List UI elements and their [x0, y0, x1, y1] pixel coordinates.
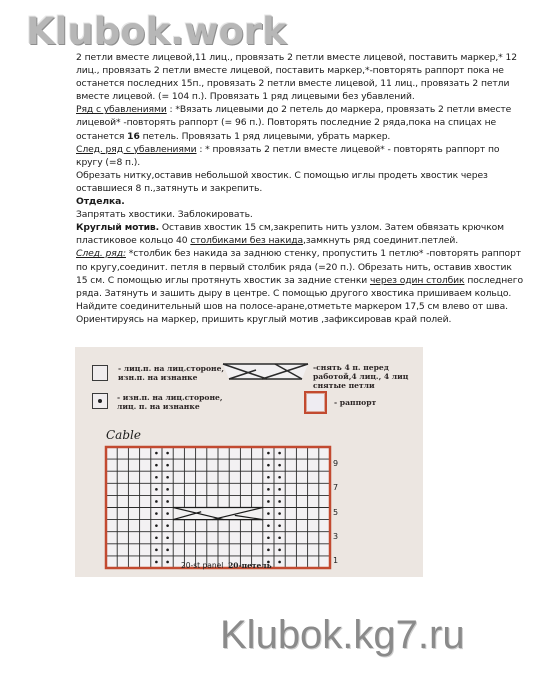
pattern-instructions: 2 петли вместе лицевой,11 лиц., провязат… — [76, 51, 526, 326]
label-decrease-row: Ряд с убавлениями — [76, 104, 167, 115]
paragraph-decrease-setup: 2 петли вместе лицевой,11 лиц., провязат… — [76, 51, 526, 103]
legend-knit-text: - лиц.п. на лиц.стороне, изн.п. на изнан… — [118, 364, 224, 382]
row-label: 3 — [333, 532, 338, 541]
chart-caption: 20-st panel 20-петель — [181, 561, 272, 570]
paragraph-sew-motif: Ориентируясь на маркер, пришить круглый … — [76, 313, 526, 326]
row-label: 7 — [333, 483, 338, 492]
knit-stitch-symbol-icon — [92, 365, 108, 381]
row-label: 9 — [333, 459, 338, 468]
heading-round-motif: Круглый мотив. — [76, 222, 159, 233]
cable-cross-symbol-icon — [222, 362, 310, 381]
legend-cable-text: -снять 4 п. перед работой,4 лиц., 4 лиц … — [313, 363, 408, 390]
chart-title: Cable — [106, 428, 141, 442]
purl-stitch-symbol-icon — [92, 393, 108, 409]
paragraph-decrease-row: Ряд с убавлениями : *Вязать лицевыми до … — [76, 103, 526, 142]
row-label: 1 — [333, 556, 338, 565]
row-label: 5 — [333, 508, 338, 517]
legend-rapport-text: - раппорт — [334, 398, 376, 407]
paragraph-next-row: След. ряд: *столбик без накида за заднюю… — [76, 247, 526, 299]
label-next-decrease-row: След. ряд с убавлениями — [76, 144, 197, 155]
paragraph-round-motif: Круглый мотив. Оставив хвостик 15 см,зак… — [76, 221, 526, 247]
cable-chart-grid — [104, 445, 332, 570]
watermark-top-logo: Klubok.work — [26, 12, 287, 52]
label-next-row: След. ряд: — [76, 248, 126, 259]
legend-purl-text: - изн.п. на лиц.стороне, лиц. п. на изна… — [117, 393, 223, 411]
paragraph-next-decrease-row: След. ряд с убавлениями : * провязать 2 … — [76, 143, 526, 169]
rapport-symbol-icon — [304, 391, 327, 414]
watermark-bottom-logo: Klubok.kg7.ru — [220, 612, 465, 658]
paragraph-finishing: Запрятать хвостики. Заблокировать. — [76, 208, 526, 221]
paragraph-find-seam: Найдите соединительный шов на полосе-ара… — [76, 300, 526, 313]
paragraph-finish-crown: Обрезать нитку,оставив небольшой хвостик… — [76, 169, 526, 195]
heading-finishing: Отделка. — [76, 195, 526, 208]
